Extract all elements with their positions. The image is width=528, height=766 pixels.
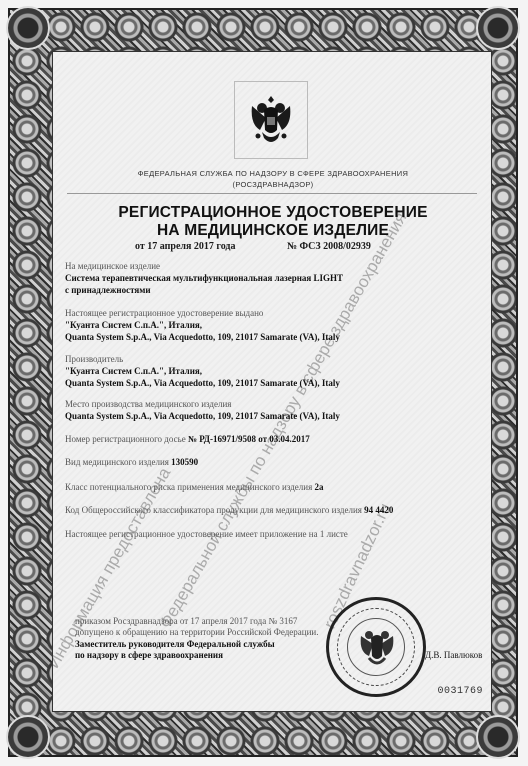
device-type-value: 130590 xyxy=(171,457,198,467)
risk-class-value: 2а xyxy=(314,482,323,492)
corner-ornament xyxy=(6,715,50,759)
device-label: На медицинское изделие xyxy=(65,261,160,271)
risk-class-label: Класс потенциального риска применения ме… xyxy=(65,482,312,492)
risk-class-line: Класс потенциального риска применения ме… xyxy=(65,482,323,492)
corner-ornament xyxy=(6,6,50,50)
double-headed-eagle-icon xyxy=(250,90,292,148)
device-type-label: Вид медицинского изделия xyxy=(65,457,169,467)
corner-ornament xyxy=(476,715,520,759)
manufacturer-label: Производитель xyxy=(65,354,123,364)
agency-abbreviation: (РОСЗДРАВНАДЗОР) xyxy=(53,180,492,189)
official-seal xyxy=(326,597,426,697)
issued-to-name: "Куанта Систем С.п.А.", Италия, xyxy=(65,320,202,330)
serial-number: 0031769 xyxy=(437,686,483,697)
production-site-label: Место производства медицинского изделия xyxy=(65,399,231,409)
signer-name: Д.В. Павлюков xyxy=(425,650,482,660)
dossier-line: Номер регистрационного досье № РД-16971/… xyxy=(65,434,310,444)
issued-to-label: Настоящее регистрационное удостоверение … xyxy=(65,308,263,318)
seal-eagle-icon xyxy=(357,626,397,668)
issue-date: от 17 апреля 2017 года xyxy=(135,241,236,252)
okp-code-value: 94 4420 xyxy=(364,505,393,515)
emblem-frame xyxy=(234,81,308,159)
certificate-subtitle: НА МЕДИЦИНСКОЕ ИЗДЕЛИЕ xyxy=(53,222,492,240)
signer-title: Заместитель руководителя Федеральной слу… xyxy=(75,639,275,649)
dossier-label: Номер регистрационного досье xyxy=(65,434,186,444)
corner-ornament xyxy=(476,6,520,50)
admission-statement: допущено к обращению на территории Росси… xyxy=(75,627,318,637)
manufacturer-address: Quanta System S.p.A., Via Acquedotto, 10… xyxy=(65,378,340,388)
agency-name: ФЕДЕРАЛЬНАЯ СЛУЖБА ПО НАДЗОРУ В СФЕРЕ ЗД… xyxy=(53,169,492,178)
issued-to-address: Quanta System S.p.A., Via Acquedotto, 10… xyxy=(65,332,340,342)
divider xyxy=(67,193,477,194)
production-site-address: Quanta System S.p.A., Via Acquedotto, 10… xyxy=(65,411,340,421)
manufacturer-name: "Куанта Систем С.п.А.", Италия, xyxy=(65,366,202,376)
dossier-value: № РД-16971/9508 от 03.04.2017 xyxy=(188,434,310,444)
okp-code-line: Код Общероссийского классификатора проду… xyxy=(65,505,393,515)
order-reference: приказом Росздравнадзора от 17 апреля 20… xyxy=(75,616,297,626)
device-type-line: Вид медицинского изделия 130590 xyxy=(65,457,198,467)
device-name: Система терапевтическая мультифункционал… xyxy=(65,273,343,283)
signer-title-cont: по надзору в сфере здравоохранения xyxy=(75,650,223,660)
certificate-title: РЕГИСТРАЦИОННОЕ УДОСТОВЕРЕНИЕ xyxy=(53,204,492,222)
device-name-cont: с принадлежностями xyxy=(65,285,151,295)
appendix-note: Настоящее регистрационное удостоверение … xyxy=(65,529,348,539)
certificate-number: № ФСЗ 2008/02939 xyxy=(287,241,371,252)
okp-code-label: Код Общероссийского классификатора проду… xyxy=(65,505,362,515)
certificate-page: Информация предоставлена Федеральной слу… xyxy=(52,51,492,712)
